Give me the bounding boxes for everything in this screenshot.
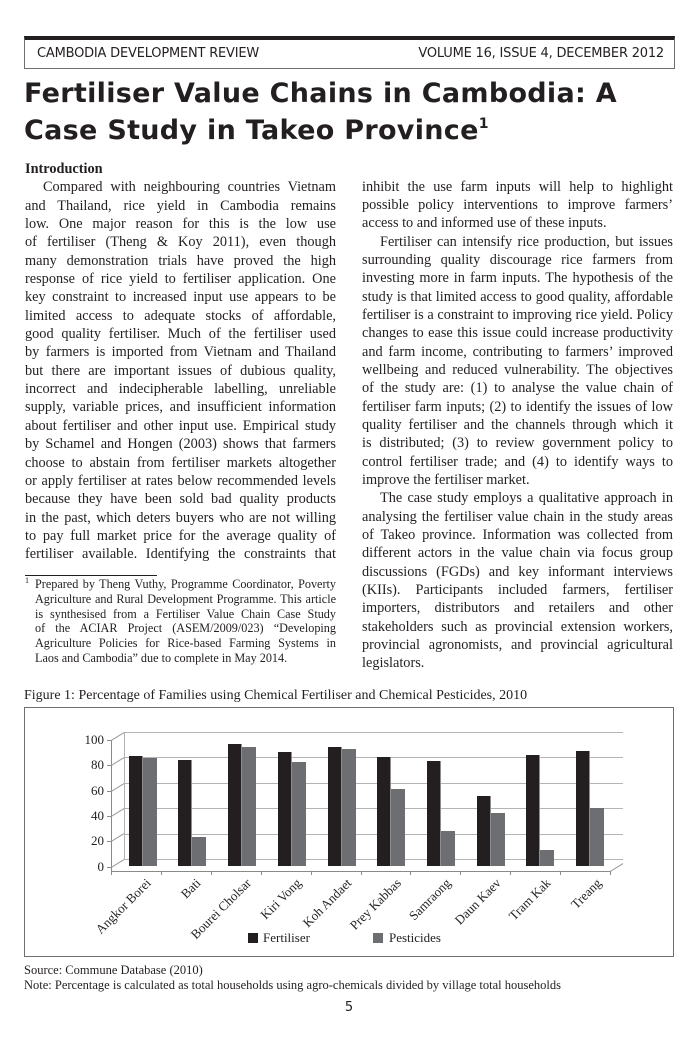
text-line: control fertiliser trade; and (4) to ide… [362, 453, 673, 471]
title-footnote-mark: 1 [479, 116, 489, 132]
text-line: stakeholders such as provincial extensio… [362, 618, 673, 636]
bar-fertiliser [278, 752, 292, 866]
text-line: changes to ease this issue could increas… [362, 324, 673, 342]
back-wall-edge [124, 732, 125, 859]
text-line: or apply fertiliser at rates below recom… [25, 472, 336, 490]
text-line: because they have been sold bad quality … [25, 490, 336, 508]
floor-depth-edge [610, 863, 624, 872]
text-line: in the past, which deters buyers who are… [25, 509, 336, 527]
text-line: Prepared by Theng Vuthy, Programme Coord… [35, 577, 336, 592]
bar-pesticides [342, 749, 356, 866]
issue-info: VOLUME 16, ISSUE 4, DECEMBER 2012 [418, 46, 664, 61]
y-tick-label: 60 [64, 784, 104, 798]
footnote-text: Prepared by Theng Vuthy, Programme Coord… [35, 577, 336, 666]
category-label: Treang [568, 876, 604, 912]
text-line: investing more in farm inputs. The hypot… [362, 269, 673, 287]
title-line-1: Fertiliser Value Chains in Cambodia: A [24, 79, 617, 109]
footnote: 1 Prepared by Theng Vuthy, Programme Coo… [25, 577, 336, 666]
legend-swatch-fertiliser [248, 933, 258, 943]
text-line: possible policy interventions to improve… [362, 196, 673, 214]
right-column: inhibit the use farm inputs will help to… [362, 178, 673, 673]
text-line: of Takeo province. Information was colle… [362, 526, 673, 544]
x-tick-mark [111, 871, 112, 875]
text-line: improve the fertiliser market. [362, 471, 673, 489]
text-line: of fertiliser (Theng & Koy 2011), even t… [25, 233, 336, 251]
bar-fertiliser [427, 761, 441, 866]
gridline [124, 732, 623, 733]
bar-fertiliser [328, 747, 342, 866]
text-line: and Thailand, rice yield in Cambodia rem… [25, 197, 336, 215]
figure-caption: Figure 1: Percentage of Families using C… [24, 688, 527, 704]
depth-connector [111, 859, 125, 868]
category-label: Samraong [407, 876, 454, 923]
text-line: about fertiliser and other input use. Em… [25, 417, 336, 435]
text-line: incorrect and indecipherable labelling, … [25, 380, 336, 398]
footnote-divider [25, 575, 157, 576]
x-tick-mark [460, 871, 461, 875]
text-line: key constraint to increased input use ap… [25, 288, 336, 306]
gridline [124, 757, 623, 758]
text-line: many demonstration trials have proved th… [25, 252, 336, 270]
bar-fertiliser [178, 760, 192, 866]
bar-pesticides [491, 813, 505, 866]
bar-pesticides [441, 831, 455, 866]
text-line: Agriculture Policies for Rice-based Farm… [35, 636, 336, 651]
y-tick-label: 100 [64, 733, 104, 747]
text-line: and farm income, contributing to farmers… [362, 343, 673, 361]
text-line: by Schamel and Hongen (2003) shows that … [25, 435, 336, 453]
text-line: legislators. [362, 654, 673, 672]
legend-label-fertiliser: Fertiliser [263, 930, 310, 946]
y-tick-label: 80 [64, 758, 104, 772]
x-tick-mark [161, 871, 162, 875]
y-axis-line [111, 740, 112, 871]
category-label: Angkor Borei [93, 876, 154, 937]
category-label: Kiri Vong [258, 876, 304, 922]
bar-fertiliser [477, 796, 491, 866]
bar-pesticides [143, 758, 157, 866]
x-tick-mark [560, 871, 561, 875]
bar-fertiliser [576, 751, 590, 866]
bar-pesticides [192, 837, 206, 866]
text-line: supply, variable prices, and insufficien… [25, 398, 336, 416]
x-tick-mark [361, 871, 362, 875]
title-line-2-text: Case Study in Takeo Province [24, 115, 479, 146]
left-column-body: Compared with neighbouring countries Vie… [25, 178, 336, 563]
y-tick-label: 0 [64, 860, 104, 874]
bar-pesticides [391, 789, 405, 866]
text-line: fertiliser is a constraint to improving … [362, 306, 673, 324]
x-tick-mark [261, 871, 262, 875]
left-column: Introduction Compared with neighbouring … [25, 160, 336, 564]
text-line: (KIIs). Participants included farmers, f… [362, 581, 673, 599]
text-line: good quality fertiliser. Much of the fer… [25, 325, 336, 343]
bar-fertiliser [228, 744, 242, 866]
journal-name: CAMBODIA DEVELOPMENT REVIEW [37, 46, 259, 61]
text-line: access to and informed use of these inpu… [362, 214, 673, 232]
depth-connector [111, 757, 125, 766]
x-tick-mark [311, 871, 312, 875]
depth-connector [111, 833, 125, 842]
text-line: to pay full market price for the average… [25, 527, 336, 545]
text-line: provincial agronomists, and provincial a… [362, 636, 673, 654]
text-line: is synthesised from a Fertiliser Value C… [35, 607, 336, 622]
text-line: quality fertiliser and the channels thro… [362, 416, 673, 434]
footnote-mark: 1 [25, 574, 29, 589]
title-line-2: Case Study in Takeo Province1 [24, 109, 617, 146]
right-column-body: inhibit the use farm inputs will help to… [362, 178, 673, 673]
depth-connector [111, 732, 125, 741]
text-line: choose to abstain from fertiliser market… [25, 454, 336, 472]
category-label: Prey Kabbas [347, 876, 404, 933]
text-line: limited access to adequate stocks of aff… [25, 307, 336, 325]
running-header: CAMBODIA DEVELOPMENT REVIEW VOLUME 16, I… [24, 36, 675, 69]
text-line: inhibit the use farm inputs will help to… [362, 178, 673, 196]
bar-pesticides [590, 808, 604, 866]
page-number: 5 [0, 1000, 698, 1016]
text-line: is distributed; (3) to review government… [362, 434, 673, 452]
text-line: low. One major reason for this is the lo… [25, 215, 336, 233]
article-title: Fertiliser Value Chains in Cambodia: A C… [24, 79, 617, 146]
category-label: Daun Kaev [452, 876, 504, 928]
x-tick-mark [410, 871, 411, 875]
bar-pesticides [540, 850, 554, 866]
text-line: but there are important issues of dubiou… [25, 362, 336, 380]
text-line: fertiliser available. Identifying the co… [25, 545, 336, 563]
text-line: study is that limited access to good qua… [362, 288, 673, 306]
text-line: analysing the fertiliser value chain in … [362, 508, 673, 526]
gridline [124, 834, 623, 835]
text-line: The case study employs a qualitative app… [362, 489, 673, 507]
text-line: wellbeing and reduced vulnerability. The… [362, 361, 673, 379]
y-tick-label: 20 [64, 834, 104, 848]
y-tick-label: 40 [64, 809, 104, 823]
text-line: importers, distributors and retailers an… [362, 599, 673, 617]
text-line: response of rice yield to fertiliser app… [25, 270, 336, 288]
text-line: by farmers is imported from Vietnam and … [25, 343, 336, 361]
category-label: Bati [179, 876, 204, 901]
section-heading-introduction: Introduction [25, 160, 336, 178]
gridline [124, 808, 623, 809]
depth-connector [111, 808, 125, 817]
bar-fertiliser [526, 755, 540, 866]
bar-fertiliser [377, 757, 391, 866]
figure-source: Source: Commune Database (2010) [24, 962, 203, 978]
legend-swatch-pesticides [373, 933, 383, 943]
bar-chart: 100806040200Angkor BoreiBatiBourei Chols… [24, 707, 674, 957]
text-line: of the study are: (1) to analyse the val… [362, 379, 673, 397]
text-line: Compared with neighbouring countries Vie… [25, 178, 336, 196]
bar-pesticides [242, 747, 256, 866]
text-line: different actors in the value chain via … [362, 544, 673, 562]
x-tick-mark [610, 871, 611, 875]
bar-pesticides [292, 762, 306, 866]
text-line: of the ACIAR Project (ASEM/2009/023) “De… [35, 621, 336, 636]
figure-note: Note: Percentage is calculated as total … [24, 977, 561, 993]
text-line: discussions (FGDs) and key informant int… [362, 563, 673, 581]
gridline [124, 783, 623, 784]
text-line: surrounding quality discourage rice farm… [362, 251, 673, 269]
x-tick-mark [510, 871, 511, 875]
text-line: Fertiliser can intensify rice production… [362, 233, 673, 251]
text-line: Laos and Cambodia” due to complete in Ma… [35, 651, 336, 666]
legend-label-pesticides: Pesticides [389, 930, 441, 946]
depth-connector [111, 783, 125, 792]
text-line: fertiliser farm inputs; (2) to identify … [362, 398, 673, 416]
x-tick-mark [211, 871, 212, 875]
bar-fertiliser [129, 756, 143, 866]
text-line: Agriculture and Rural Development Progra… [35, 592, 336, 607]
category-label: Tram Kak [507, 876, 554, 923]
